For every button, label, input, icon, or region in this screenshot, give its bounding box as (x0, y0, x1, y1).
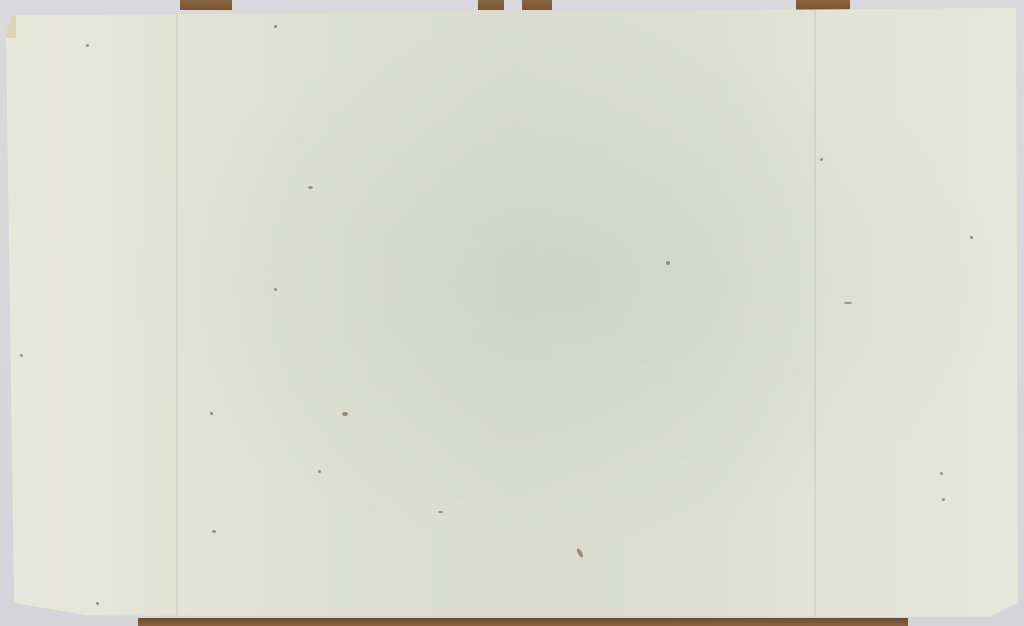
photo-scene (0, 0, 1024, 626)
easel-post-center-right (522, 0, 552, 10)
paper-speck (666, 261, 670, 265)
paper-speck (342, 412, 348, 416)
paper-speck (274, 25, 277, 28)
paper-speck (318, 470, 321, 473)
paper-speck (210, 412, 213, 415)
paper-speck (212, 530, 216, 533)
paper-speck (20, 354, 23, 357)
paper-crease (176, 8, 178, 618)
easel-post-right (796, 0, 850, 10)
paper-speck (942, 498, 945, 501)
easel-post-center-left (478, 0, 504, 10)
easel-base (138, 618, 908, 626)
paper-speck (844, 302, 852, 304)
paper-sheet (6, 8, 1020, 618)
paper-speck (308, 186, 313, 189)
easel-post-left (180, 0, 232, 10)
paper-speck (438, 511, 443, 513)
paper-speck (86, 44, 89, 47)
paper-speck (576, 548, 584, 559)
paper-speck (970, 236, 973, 239)
paper-speck (940, 472, 943, 475)
paper-speck (820, 158, 823, 161)
paper-corner-stain (6, 12, 16, 38)
paper-speck (274, 288, 277, 291)
paper-speck (96, 602, 99, 605)
paper-crease (814, 8, 816, 618)
